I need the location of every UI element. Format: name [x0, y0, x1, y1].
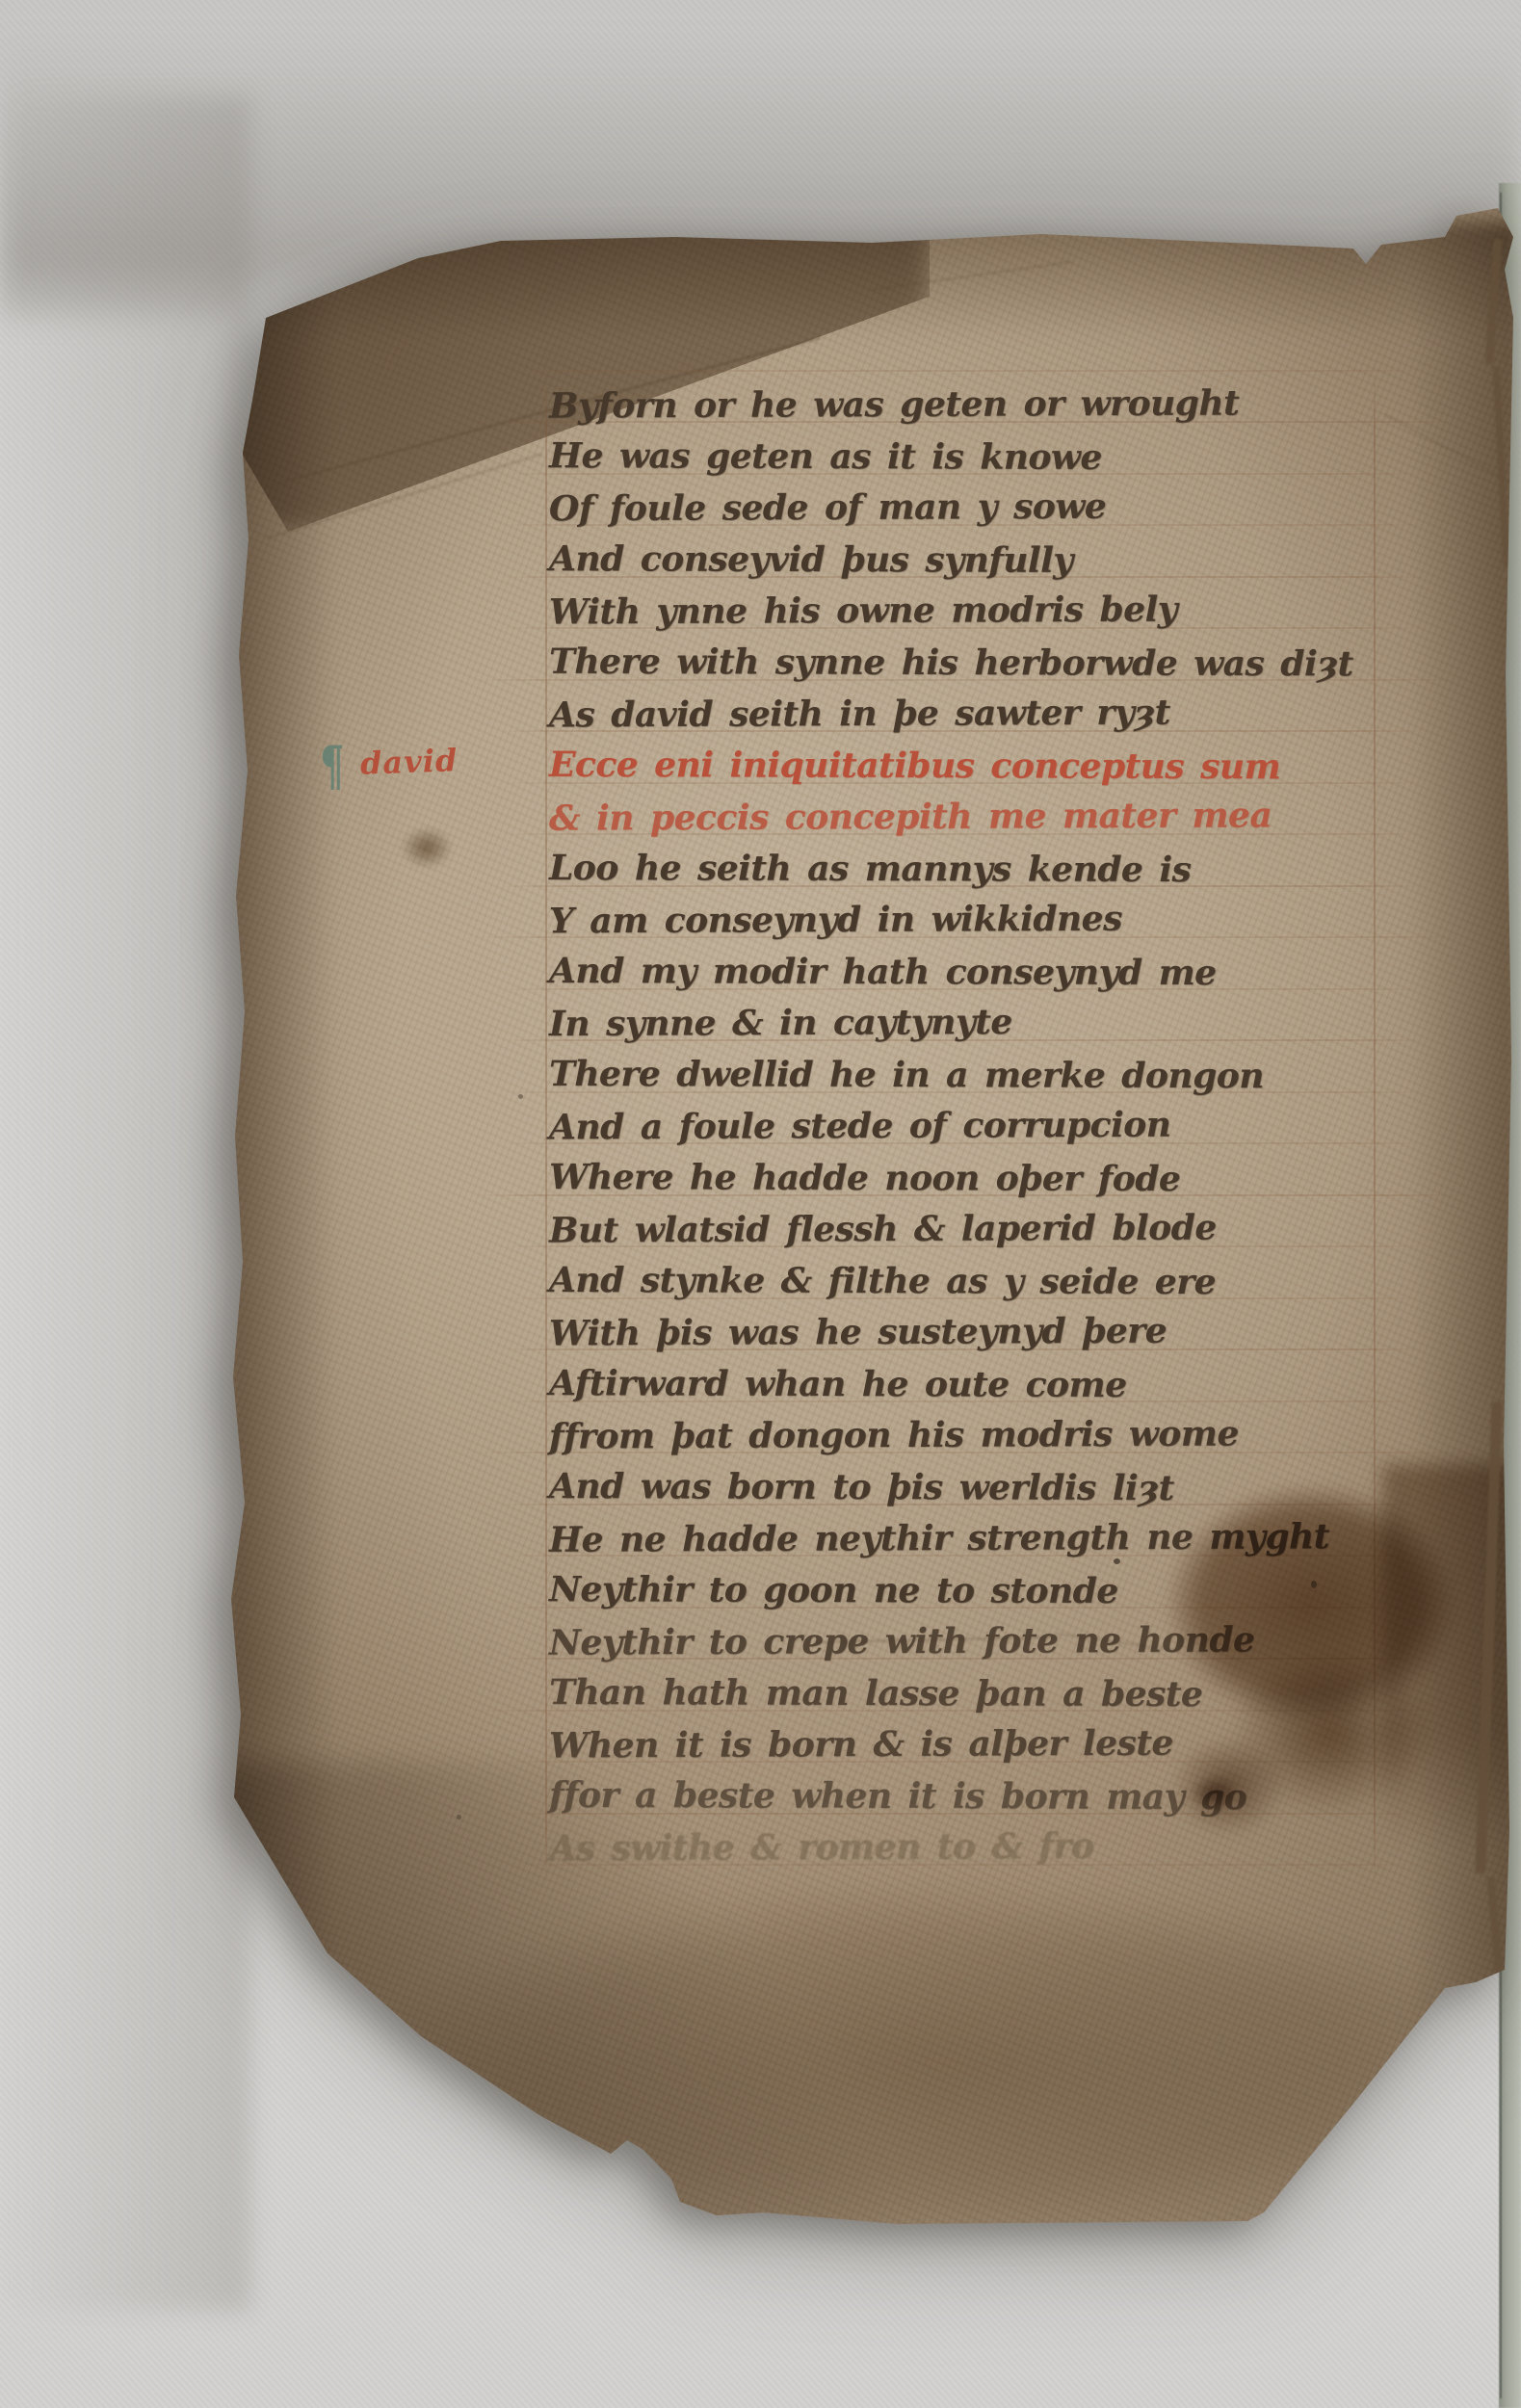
speck [457, 1815, 461, 1819]
manuscript-line-14: There dwellid he in a merke dongon [549, 1047, 1264, 1101]
manuscript-line-2: He was geten as it is knowe [549, 430, 1102, 484]
manuscript-line-3: Of foule sede of man y sowe [549, 481, 1106, 536]
manuscript-line-19: With þis was he susteynyd þere [549, 1305, 1167, 1360]
manuscript-line-13: In synne & in caytynyte [549, 996, 1012, 1050]
manuscript-line-29: As swithe & romen to & fro [549, 1820, 1094, 1874]
ruling-vertical-right [1374, 372, 1376, 1884]
manuscript-line-20: Aftirward whan he oute come [549, 1357, 1127, 1411]
manuscript-line-10: Loo he seith as mannys kende is [549, 841, 1192, 895]
manuscript-line-7: As david seith in þe sawter ryȝt [549, 687, 1170, 742]
ruled-line [501, 370, 1426, 372]
manuscript-line-11: Y am conseynyd in wikkidnes [549, 893, 1122, 948]
manuscript-line-17: But wlatsid flessh & laperid blode [549, 1201, 1217, 1256]
manuscript-line-15: And a foule stede of corrupcion [549, 1099, 1171, 1154]
marginal-paraph-icon: ¶ [320, 735, 344, 798]
manuscript-line-27: When it is born & is alþer leste [549, 1717, 1173, 1772]
manuscript-line-1: Byforn or he was geten or wrought [549, 377, 1239, 432]
manuscript-line-28: ffor a beste when it is born may go [549, 1768, 1246, 1822]
manuscript-line-25: Neythir to crepe with fote ne honde [549, 1613, 1255, 1668]
manuscript-line-4: And conseyvid þus synfully [549, 533, 1073, 587]
manuscript-line-12: And my modir hath conseynyd me [549, 944, 1217, 998]
manuscript-line-8: Ecce eni iniquitatibus conceptus sum [549, 738, 1280, 792]
manuscript-line-9: & in peccis concepith me mater mea [549, 789, 1272, 844]
ink-speck [1114, 1558, 1120, 1564]
speck [669, 1339, 674, 1343]
manuscript-scan: ¶ david Byforn or he was geten or wrough… [0, 0, 1521, 2408]
manuscript-line-5: With ynne his owne modris bely [549, 584, 1177, 639]
ruling-vertical-left [545, 372, 547, 1884]
manuscript-line-16: Where he hadde noon oþer fode [549, 1150, 1181, 1204]
manuscript-line-22: And was born to þis werldis liȝt [549, 1459, 1174, 1513]
manuscript-line-23: He ne hadde neythir strength ne myght [549, 1510, 1329, 1566]
manuscript-line-21: ffrom þat dongon his modris wome [549, 1407, 1239, 1462]
manuscript-line-26: Than hath man lasse þan a beste [549, 1665, 1203, 1719]
speck [518, 1094, 523, 1099]
hole-speck [1311, 1581, 1317, 1588]
manuscript-line-6: There with synne his herborwde was diȝt [549, 635, 1353, 690]
manuscript-line-24: Neythir to goon ne to stonde [549, 1563, 1118, 1617]
background-left-shadow [0, 96, 250, 2312]
marginal-note-david: david [359, 742, 458, 782]
manuscript-line-18: And stynke & filthe as y seide ere [549, 1253, 1216, 1307]
